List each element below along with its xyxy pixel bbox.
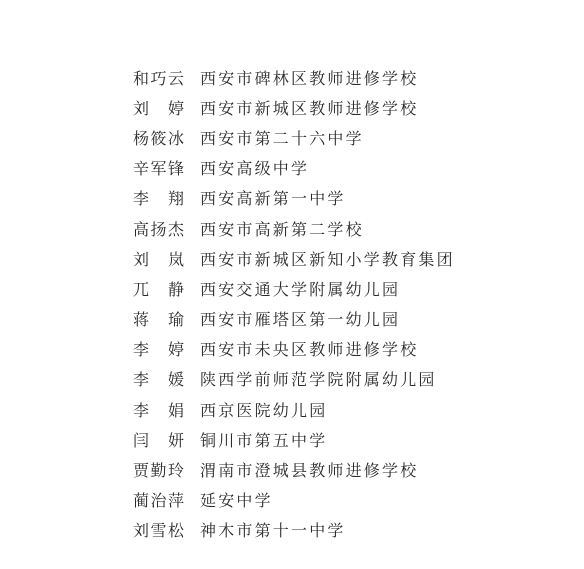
list-item: 刘雪松神木市第十一中学 — [133, 515, 455, 545]
institution: 西安市新城区新知小学教育集团 — [200, 247, 455, 270]
institution: 渭南市澄城县教师进修学校 — [200, 458, 418, 481]
list-item: 李 媛陕西学前师范学院附属幼儿园 — [133, 364, 455, 394]
list-item: 高扬杰西安市高新第二学校 — [133, 213, 455, 243]
institution: 西京医院幼儿园 — [200, 398, 327, 421]
list-item: 辛军锋西安高级中学 — [133, 153, 455, 183]
institution: 西安交通大学附属幼儿园 — [200, 277, 400, 300]
person-name: 贾勤玲 — [133, 458, 200, 481]
list-item: 李 翔西安高新第一中学 — [133, 183, 455, 213]
list-item: 李 婷西安市未央区教师进修学校 — [133, 334, 455, 364]
person-name: 兀 静 — [133, 277, 200, 300]
institution: 西安市第二十六中学 — [200, 126, 364, 149]
person-name: 高扬杰 — [133, 217, 200, 240]
list-item: 和巧云西安市碑林区教师进修学校 — [133, 62, 455, 92]
list-item: 闫 妍铜川市第五中学 — [133, 424, 455, 454]
person-name: 李 翔 — [133, 186, 200, 209]
name-list: 和巧云西安市碑林区教师进修学校 刘 婷西安市新城区教师进修学校 杨筱冰西安市第二… — [133, 62, 455, 545]
person-name: 刘 岚 — [133, 247, 200, 270]
list-item: 蒋 瑜西安市雁塔区第一幼儿园 — [133, 304, 455, 334]
person-name: 和巧云 — [133, 66, 200, 89]
institution: 西安高级中学 — [200, 156, 309, 179]
person-name: 李 娟 — [133, 398, 200, 421]
person-name: 李 媛 — [133, 367, 200, 390]
institution: 西安市雁塔区第一幼儿园 — [200, 307, 400, 330]
person-name: 蒋 瑜 — [133, 307, 200, 330]
person-name: 闫 妍 — [133, 428, 200, 451]
list-item: 蔺治萍延安中学 — [133, 485, 455, 515]
institution: 延安中学 — [200, 488, 273, 511]
institution: 陕西学前师范学院附属幼儿园 — [200, 367, 437, 390]
person-name: 刘雪松 — [133, 518, 200, 541]
list-item: 杨筱冰西安市第二十六中学 — [133, 122, 455, 152]
person-name: 杨筱冰 — [133, 126, 200, 149]
institution: 西安市高新第二学校 — [200, 217, 364, 240]
list-item: 刘 婷西安市新城区教师进修学校 — [133, 92, 455, 122]
person-name: 蔺治萍 — [133, 488, 200, 511]
institution: 西安高新第一中学 — [200, 186, 346, 209]
person-name: 李 婷 — [133, 337, 200, 360]
person-name: 辛军锋 — [133, 156, 200, 179]
institution: 神木市第十一中学 — [200, 518, 346, 541]
institution: 铜川市第五中学 — [200, 428, 327, 451]
list-item: 兀 静西安交通大学附属幼儿园 — [133, 273, 455, 303]
person-name: 刘 婷 — [133, 96, 200, 119]
institution: 西安市新城区教师进修学校 — [200, 96, 418, 119]
list-item: 李 娟西京医院幼儿园 — [133, 394, 455, 424]
list-item: 贾勤玲渭南市澄城县教师进修学校 — [133, 454, 455, 484]
institution: 西安市未央区教师进修学校 — [200, 337, 418, 360]
list-item: 刘 岚西安市新城区新知小学教育集团 — [133, 243, 455, 273]
institution: 西安市碑林区教师进修学校 — [200, 66, 418, 89]
